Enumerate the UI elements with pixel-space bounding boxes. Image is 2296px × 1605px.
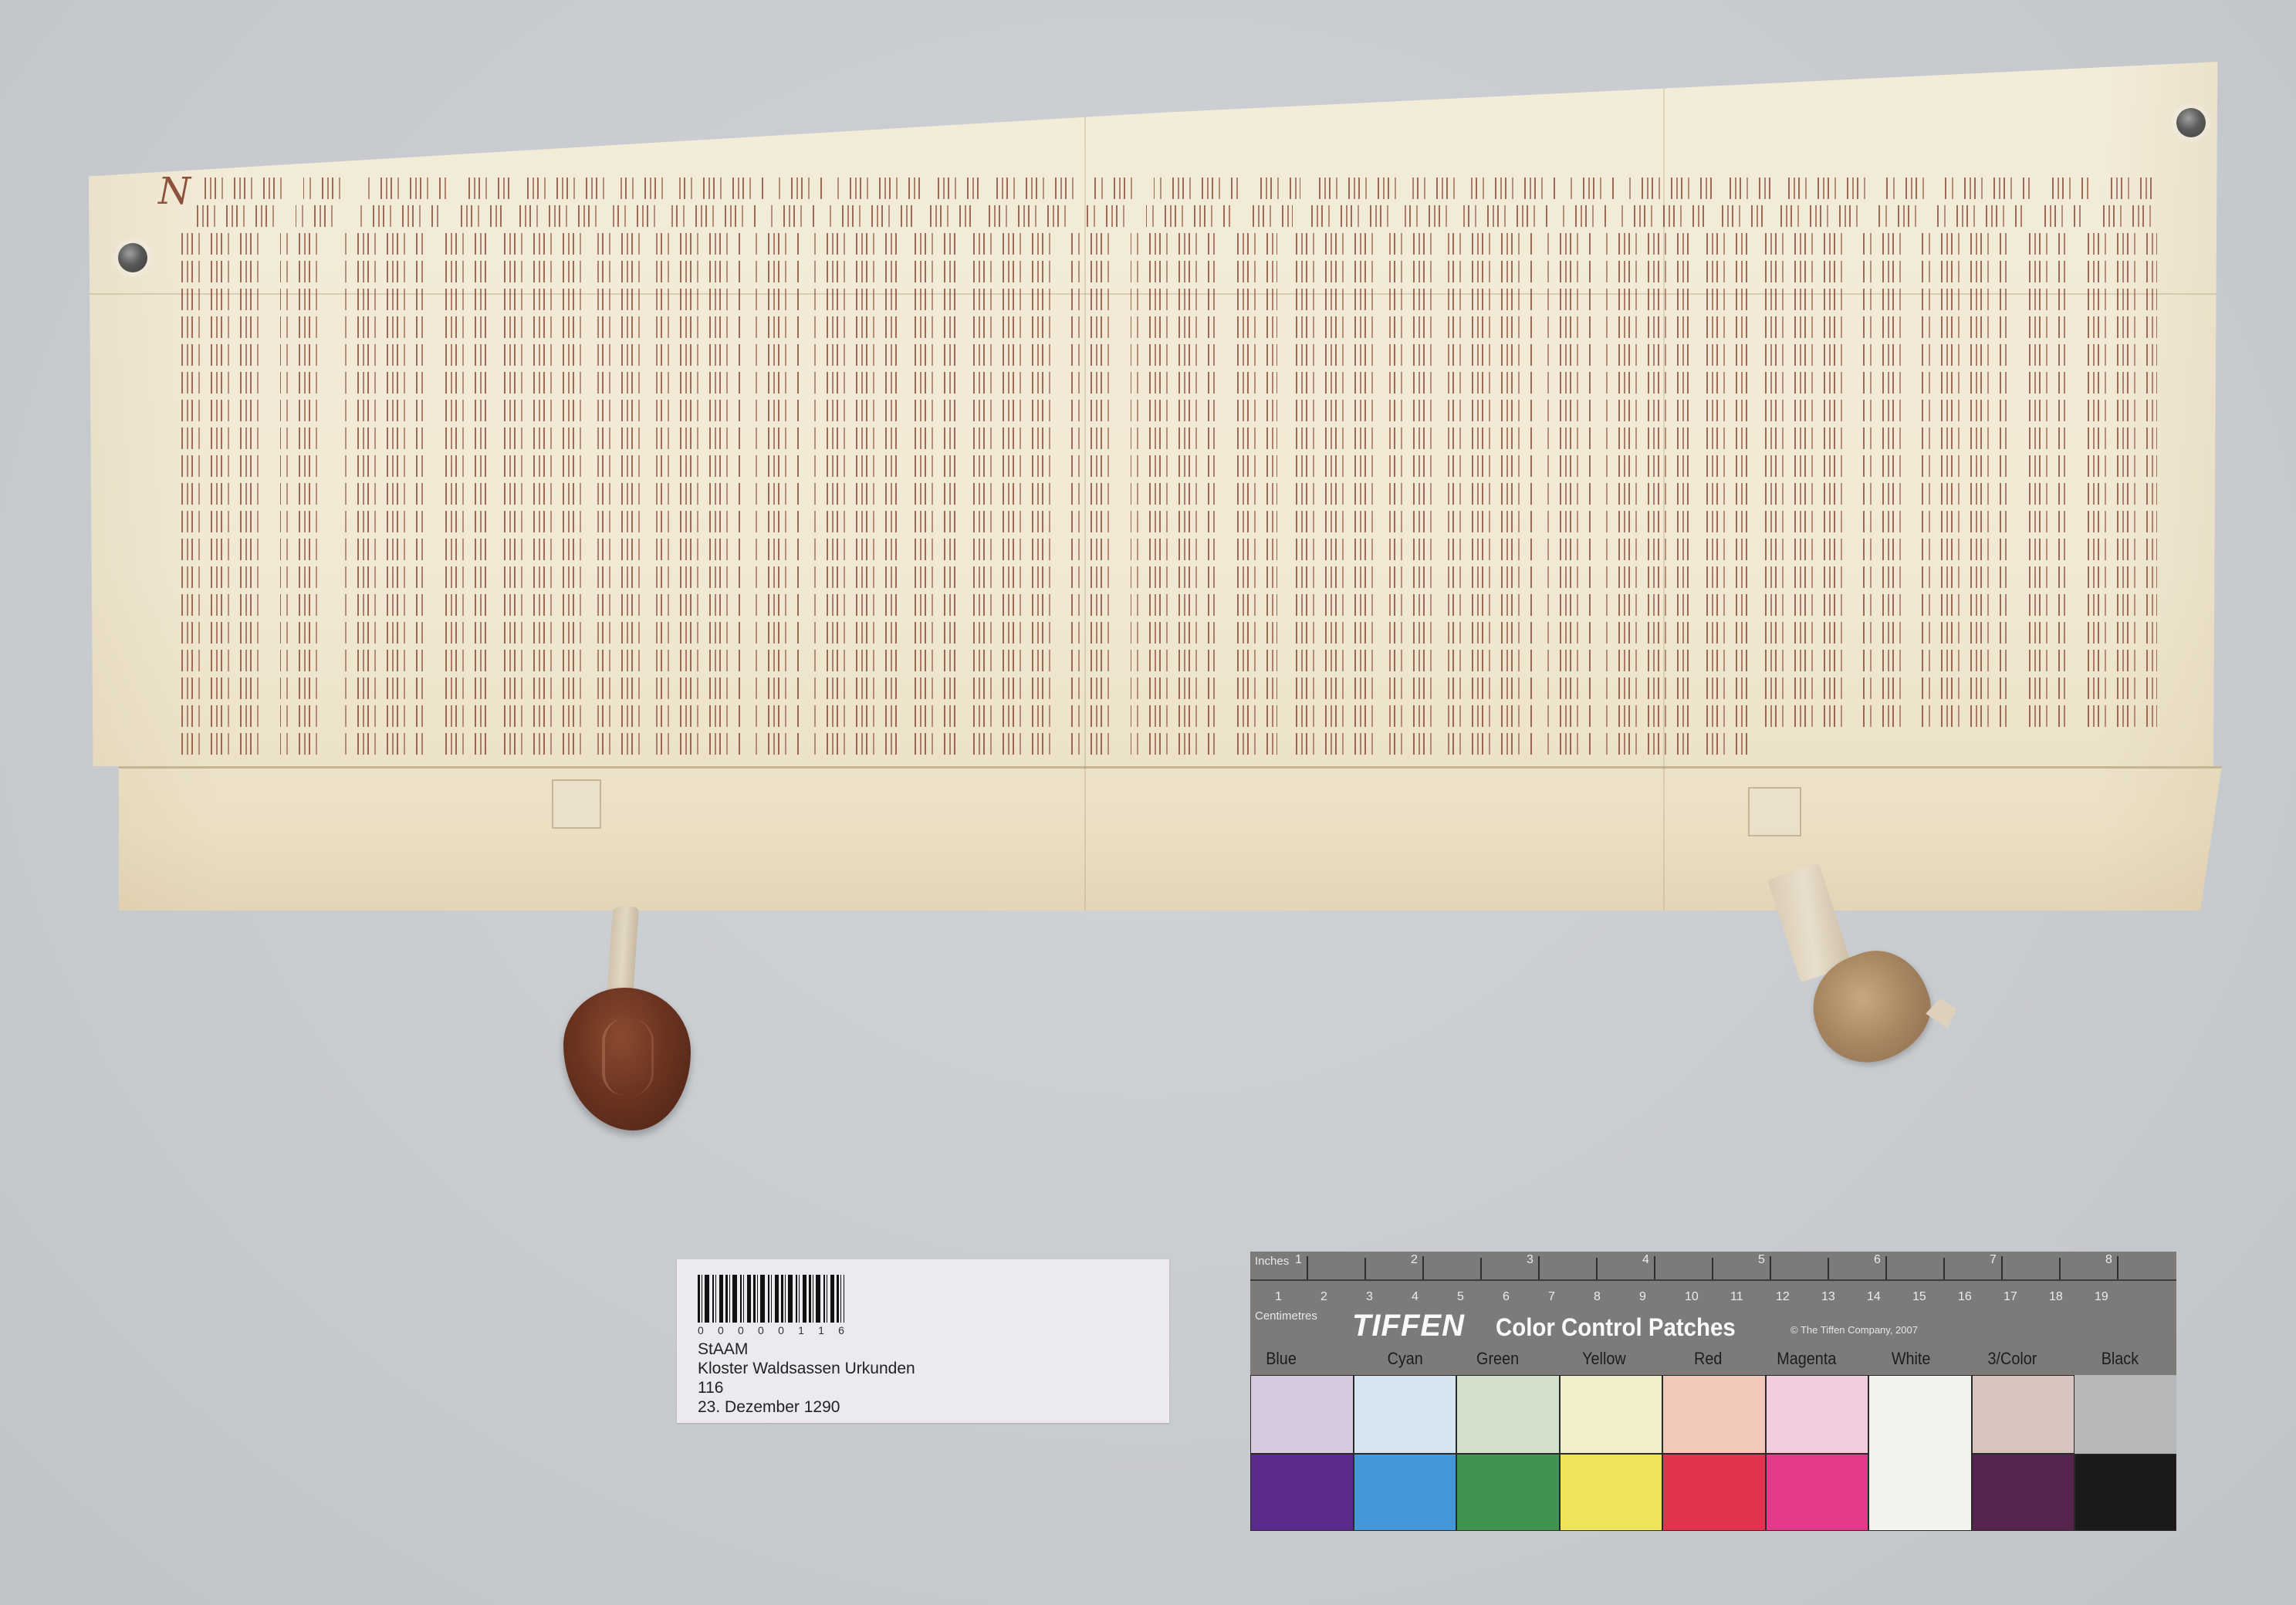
- text-line: [181, 483, 2157, 505]
- seal-tag-slit: [552, 779, 601, 829]
- barcode-digit: 0: [778, 1324, 784, 1336]
- ruler-tick: [1422, 1256, 1424, 1279]
- ruler-tick: [1828, 1258, 1829, 1279]
- ruler-tick: [1480, 1258, 1482, 1279]
- cm-tick-label: 10: [1685, 1290, 1699, 1304]
- copyright-text: © The Tiffen Company, 2007: [1790, 1324, 1918, 1336]
- chart-title: Color Control Patches: [1496, 1313, 1736, 1342]
- fold-crease: [1663, 62, 1665, 911]
- text-line: [181, 733, 1756, 755]
- text-line: [181, 455, 2157, 477]
- ruler-tick: [2059, 1258, 2061, 1279]
- ruler-tick: [1364, 1258, 1366, 1279]
- patch-label: 3/Color: [1988, 1349, 2037, 1369]
- plica-fold-edge: [89, 766, 2230, 769]
- ruler-tick: [1654, 1256, 1655, 1279]
- inch-tick-label: 7: [1990, 1253, 1997, 1267]
- patch-cyan-light: [1354, 1375, 1456, 1454]
- parchment-charter: N: [89, 62, 2230, 911]
- text-line: [181, 261, 2157, 282]
- ruler-tick: [1885, 1256, 1887, 1279]
- mounting-pin-icon: [118, 243, 147, 272]
- text-line: [181, 233, 2157, 255]
- text-line: [205, 177, 2157, 199]
- text-line: [181, 622, 2157, 644]
- archive-label: 0 0 0 0 0 1 1 6 StAAM Kloster Waldsassen…: [677, 1259, 1169, 1423]
- patch-cyan-dark: [1354, 1454, 1456, 1531]
- centimetres-label: Centimetres: [1255, 1309, 1317, 1323]
- fold-crease: [1084, 62, 1086, 911]
- inch-tick-label: 8: [2105, 1253, 2112, 1267]
- patch-label: Green: [1476, 1349, 1519, 1369]
- cm-tick-label: 17: [2004, 1290, 2017, 1304]
- inch-tick-label: 6: [1874, 1253, 1881, 1267]
- patch-3color-dark: [1972, 1454, 2075, 1531]
- cm-tick-label: 8: [1594, 1290, 1601, 1304]
- barcode-number: 0 0 0 0 0 1 1 6: [698, 1324, 844, 1336]
- barcode-digit: 0: [718, 1324, 724, 1336]
- mounting-pin-icon: [2176, 108, 2206, 137]
- patch-blue-light: [1250, 1375, 1354, 1454]
- patch-3color-light: [1972, 1375, 2075, 1454]
- patch-yellow-light: [1560, 1375, 1662, 1454]
- ruler-tick: [2001, 1256, 2003, 1279]
- seal-tag-slit: [1748, 787, 1801, 836]
- cm-tick-label: 15: [1912, 1290, 1926, 1304]
- color-control-chart: Inches 1 2 3 4 5 6 7 8 1 2 3 4 5 6 7 8 9…: [1250, 1252, 2176, 1531]
- patch-red-light: [1662, 1375, 1766, 1454]
- text-line: [181, 594, 2157, 616]
- collection-name: Kloster Waldsassen Urkunden: [698, 1359, 915, 1378]
- text-line: [181, 511, 2157, 532]
- barcode-digit: 0: [698, 1324, 704, 1336]
- ruler-tick: [1596, 1258, 1598, 1279]
- document-date: 23. Dezember 1290: [698, 1397, 915, 1417]
- patch-green-dark: [1456, 1454, 1560, 1531]
- cm-tick-label: 19: [2095, 1290, 2108, 1304]
- inch-tick-label: 3: [1527, 1253, 1533, 1267]
- inch-ruler: Inches 1 2 3 4 5 6 7 8: [1250, 1252, 2176, 1281]
- text-line: [181, 677, 2157, 699]
- patch-blue-dark: [1250, 1454, 1354, 1531]
- patch-label: Cyan: [1388, 1349, 1423, 1369]
- patch-green-light: [1456, 1375, 1560, 1454]
- barcode-digit: 1: [798, 1324, 804, 1336]
- barcode-digit: 1: [818, 1324, 824, 1336]
- document-number: 116: [698, 1378, 915, 1397]
- inch-tick-label: 5: [1758, 1253, 1765, 1267]
- inches-label: Inches: [1255, 1255, 1289, 1268]
- inch-tick-label: 2: [1411, 1253, 1418, 1267]
- cm-tick-label: 18: [2049, 1290, 2063, 1304]
- archive-name: StAAM: [698, 1340, 915, 1359]
- text-line: [197, 205, 2157, 227]
- patch-label: Magenta: [1777, 1349, 1836, 1369]
- cm-tick-label: 13: [1821, 1290, 1835, 1304]
- cm-tick-label: 9: [1639, 1290, 1646, 1304]
- patch-label: Blue: [1266, 1349, 1297, 1369]
- text-line: [181, 705, 2157, 727]
- patch-label: White: [1892, 1349, 1931, 1369]
- ruler-tick: [1712, 1258, 1713, 1279]
- patch-black-light: [2075, 1375, 2176, 1454]
- patch-white: [1868, 1375, 1972, 1531]
- text-line: [181, 427, 2157, 449]
- cm-tick-label: 5: [1457, 1290, 1464, 1304]
- cm-tick-label: 7: [1548, 1290, 1555, 1304]
- cm-tick-label: 2: [1320, 1290, 1327, 1304]
- inch-tick-label: 4: [1642, 1253, 1649, 1267]
- text-line: [181, 566, 2157, 588]
- cm-tick-label: 1: [1275, 1290, 1282, 1304]
- barcode-icon: [698, 1275, 844, 1323]
- cm-tick-label: 14: [1867, 1290, 1881, 1304]
- patch-label: Yellow: [1582, 1349, 1626, 1369]
- cm-tick-label: 6: [1503, 1290, 1510, 1304]
- tiffen-logo: TIFFEN: [1352, 1309, 1465, 1343]
- wax-seal-left: [563, 988, 691, 1130]
- cm-tick-label: 3: [1366, 1290, 1373, 1304]
- seal-tag-left: [607, 907, 639, 999]
- patch-black-dark: [2075, 1454, 2176, 1531]
- cm-tick-label: 11: [1730, 1290, 1743, 1304]
- ruler-tick: [1943, 1258, 1945, 1279]
- barcode-digit: 0: [758, 1324, 764, 1336]
- ruler-tick: [2117, 1256, 2118, 1279]
- patch-label: Red: [1694, 1349, 1722, 1369]
- patch-magenta-dark: [1766, 1454, 1868, 1531]
- charter-text: N: [181, 170, 2157, 756]
- text-line: [181, 400, 2157, 421]
- text-line: [181, 344, 2157, 366]
- cm-tick-label: 16: [1958, 1290, 1972, 1304]
- barcode-digit: 6: [838, 1324, 844, 1336]
- patch-yellow-dark: [1560, 1454, 1662, 1531]
- cm-ruler: 1 2 3 4 5 6 7 8 9 10 11 12 13 14 15 16 1…: [1250, 1279, 2176, 1306]
- inch-tick-label: 1: [1295, 1253, 1302, 1267]
- ruler-tick: [1770, 1256, 1771, 1279]
- patch-red-dark: [1662, 1454, 1766, 1531]
- ruler-tick: [1307, 1256, 1308, 1279]
- patch-magenta-light: [1766, 1375, 1868, 1454]
- text-line: [181, 316, 2157, 338]
- ruler-tick: [1538, 1256, 1540, 1279]
- text-line: [181, 539, 2157, 560]
- initial-letter: N: [158, 170, 191, 213]
- patch-label: Black: [2102, 1349, 2139, 1369]
- barcode-digit: 0: [738, 1324, 744, 1336]
- cm-tick-label: 4: [1412, 1290, 1419, 1304]
- cm-tick-label: 12: [1776, 1290, 1790, 1304]
- patch-labels: Blue Cyan Green Yellow Red Magenta White…: [1250, 1344, 2176, 1374]
- fold-crease: [89, 293, 2230, 295]
- text-line: [181, 650, 2157, 671]
- text-line: [181, 372, 2157, 394]
- text-line: [181, 289, 2157, 310]
